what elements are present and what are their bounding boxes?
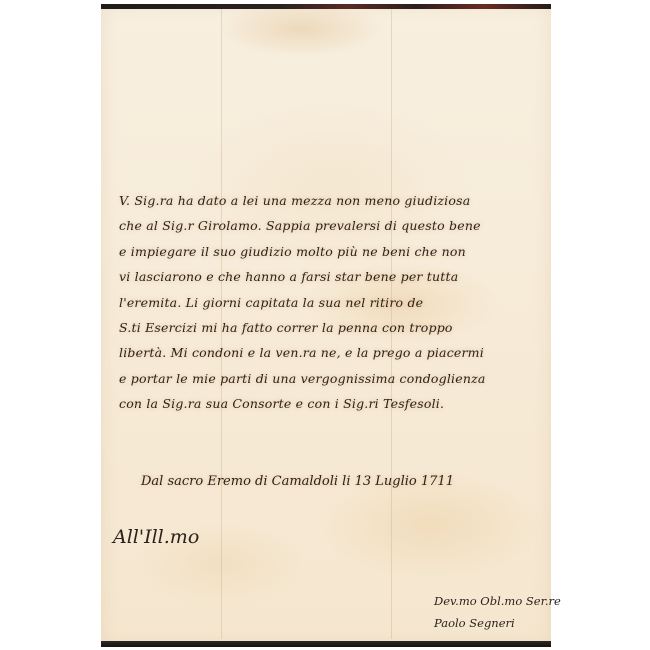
letter-line: che al Sig.r Girolamo. Sappia prevalersi… [119, 213, 549, 238]
addressee-salutation: All'Ill.mo [113, 526, 199, 548]
letter-line: V. Sig.ra ha dato a lei una mezza non me… [119, 188, 549, 213]
manuscript-sheet: V. Sig.ra ha dato a lei una mezza non me… [101, 4, 551, 647]
letter-line: e impiegare il suo giudizio molto più ne… [119, 239, 549, 264]
scanned-page-view: V. Sig.ra ha dato a lei una mezza non me… [0, 0, 650, 650]
letter-line: vi lasciarono e che hanno a farsi star b… [119, 264, 549, 289]
letter-line: e portar le mie parti di una vergognissi… [119, 366, 549, 391]
letter-line: con la Sig.ra sua Consorte e con i Sig.r… [119, 391, 549, 416]
signature-block: Dev.mo Obl.mo Ser.re Paolo Segneri [434, 590, 561, 634]
letter-line: l'eremita. Li giorni capitata la sua nel… [119, 290, 549, 315]
letter-body: V. Sig.ra ha dato a lei una mezza non me… [119, 188, 549, 417]
dateline: Dal sacro Eremo di Camaldoli li 13 Lugli… [141, 474, 454, 489]
bottom-page-edge [101, 641, 551, 647]
letter-line: S.ti Esercizi mi ha fatto correr la penn… [119, 315, 549, 340]
signature-closing: Dev.mo Obl.mo Ser.re [434, 590, 561, 612]
signature-name: Paolo Segneri [434, 612, 561, 634]
letter-line: libertà. Mi condoni e la ven.ra ne, e la… [119, 340, 549, 365]
top-binding-edge [101, 4, 551, 9]
